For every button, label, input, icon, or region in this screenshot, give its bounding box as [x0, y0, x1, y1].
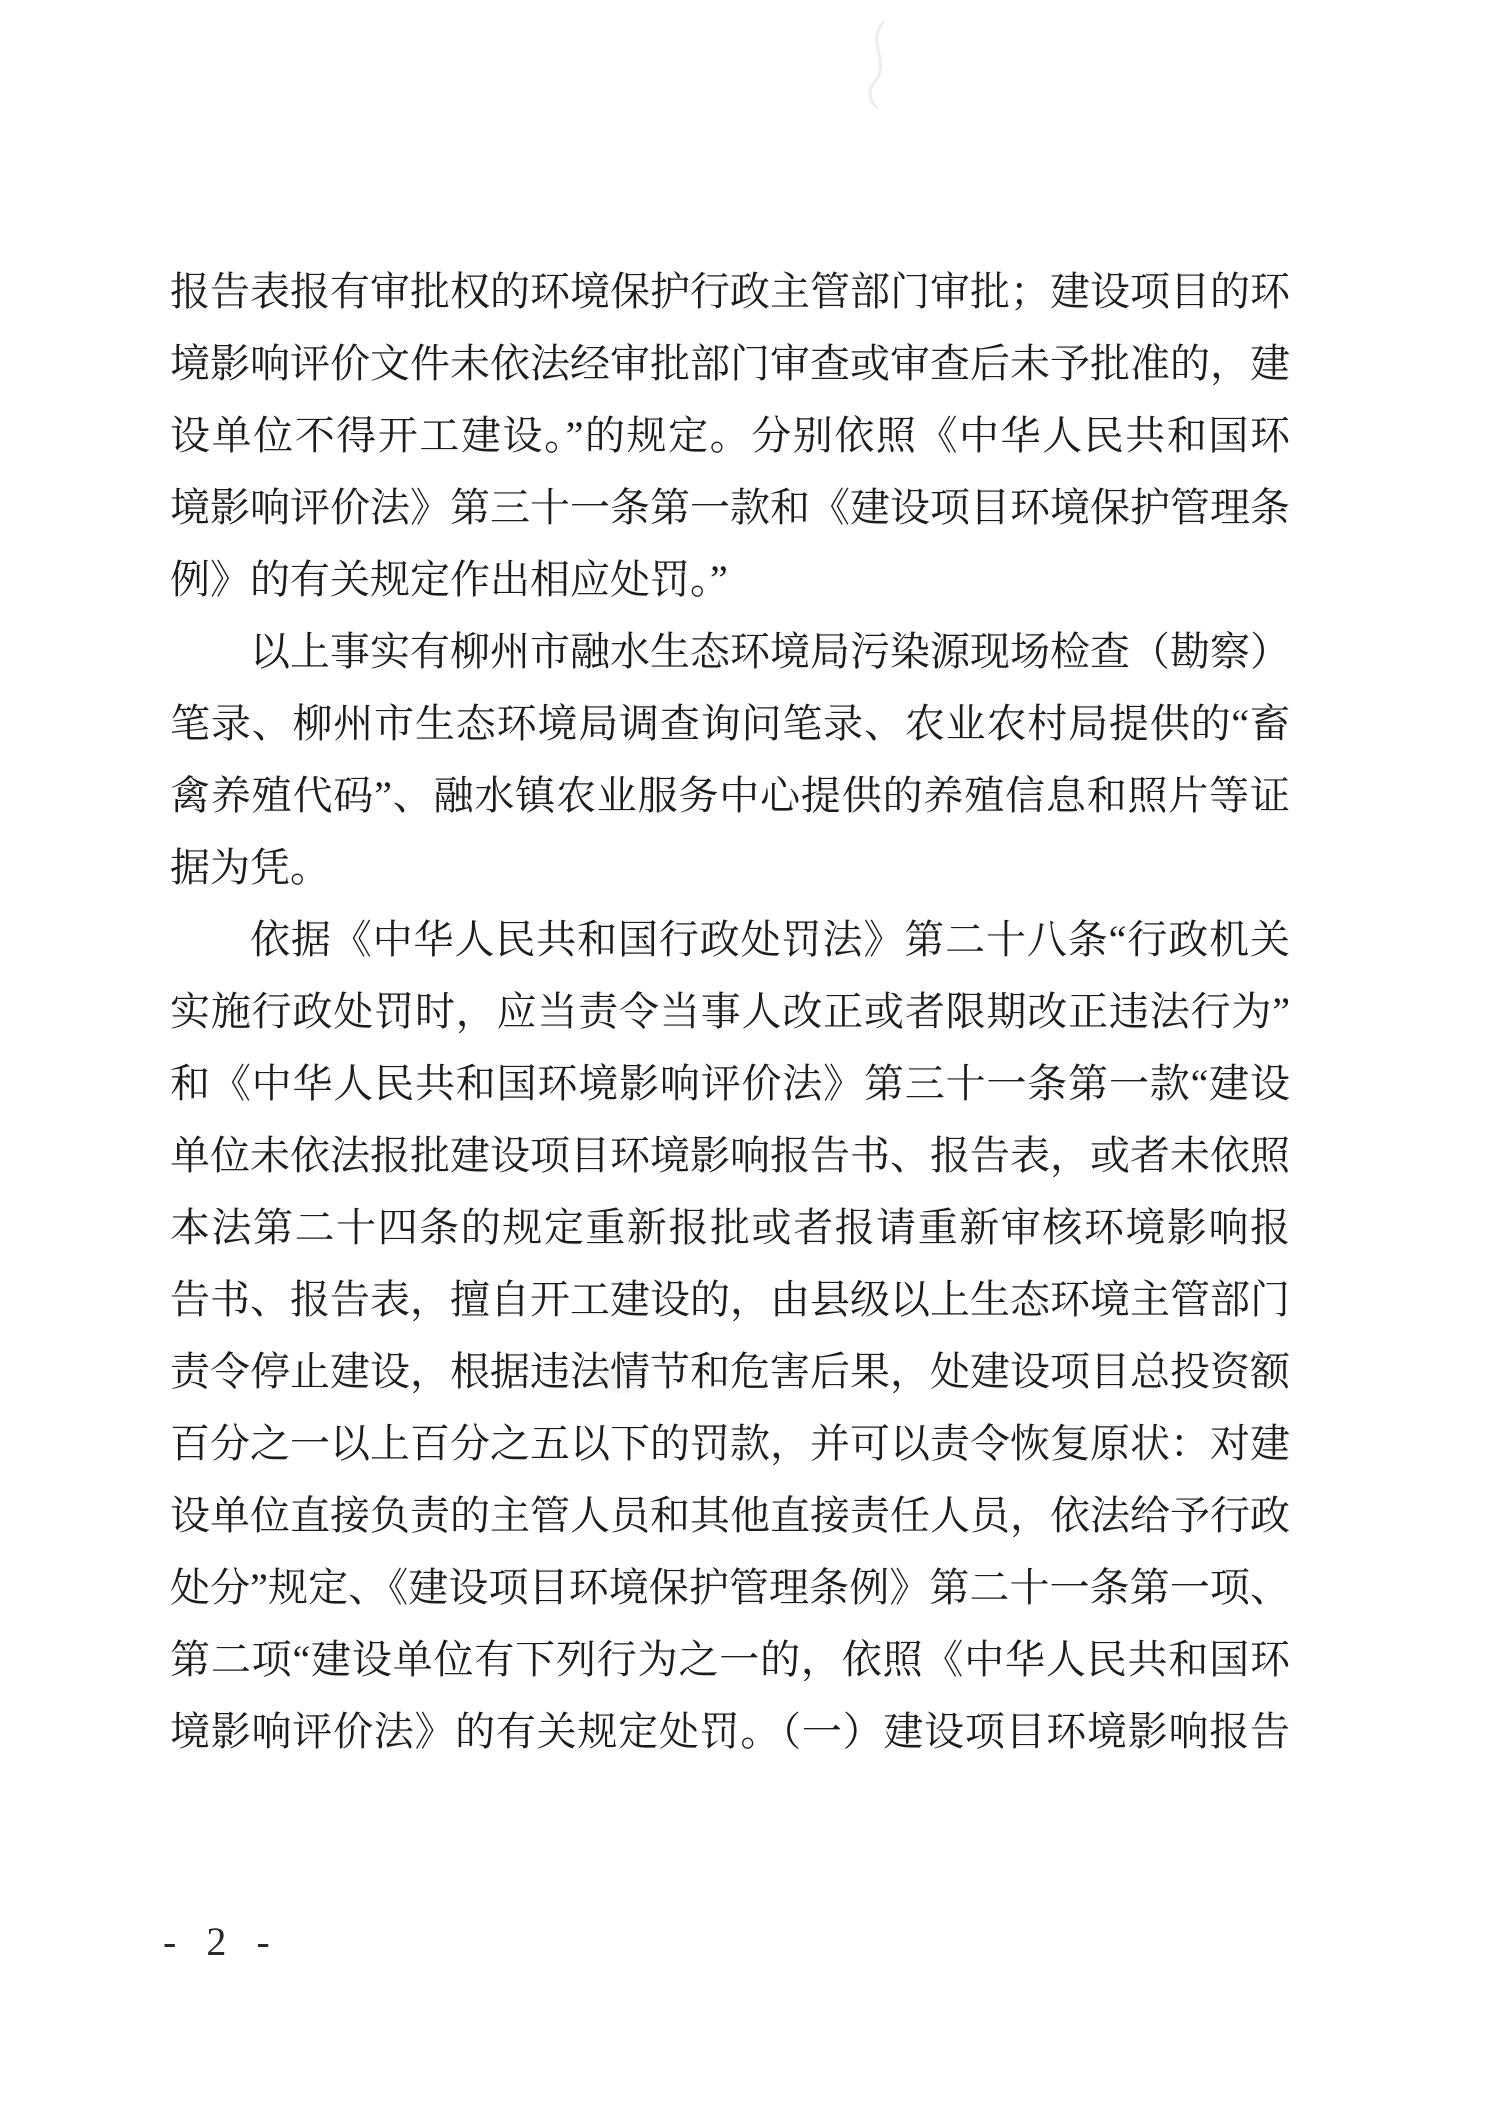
text-line: 依据《中华人民共和国行政处罚法》第二十八条“行政机关	[170, 904, 1290, 976]
text-line: 境影响评价法》第三十一条第一款和《建设项目环境保护管理条	[170, 472, 1290, 544]
text-line: 禽养殖代码”、融水镇农业服务中心提供的养殖信息和照片等证	[170, 760, 1290, 832]
text-line: 责令停止建设，根据违法情节和危害后果，处建设项目总投资额	[170, 1336, 1290, 1408]
text-line: 第二项“建设单位有下列行为之一的，依照《中华人民共和国环	[170, 1624, 1290, 1696]
text-line: 报告表报有审批权的环境保护行政主管部门审批；建设项目的环	[170, 256, 1290, 328]
text-line: 设单位直接负责的主管人员和其他直接责任人员，依法给予行政	[170, 1480, 1290, 1552]
document-body: 报告表报有审批权的环境保护行政主管部门审批；建设项目的环 境影响评价文件未依法经…	[170, 256, 1290, 1768]
text-line: 和《中华人民共和国环境影响评价法》第三十一条第一款“建设	[170, 1048, 1290, 1120]
text-line: 实施行政处罚时，应当责令当事人改正或者限期改正违法行为”	[170, 976, 1290, 1048]
text-line: 以上事实有柳州市融水生态环境局污染源现场检查（勘察）	[170, 616, 1290, 688]
scan-artifact-curve	[855, 18, 905, 110]
text-line: 本法第二十四条的规定重新报批或者报请重新审核环境影响报	[170, 1192, 1290, 1264]
text-line: 例》的有关规定作出相应处罚。”	[170, 544, 1290, 616]
text-line: 笔录、柳州市生态环境局调查询问笔录、农业农村局提供的“畜	[170, 688, 1290, 760]
text-line: 单位未依法报批建设项目环境影响报告书、报告表，或者未依照	[170, 1120, 1290, 1192]
text-line: 境影响评价文件未依法经审批部门审查或审查后未予批准的，建	[170, 328, 1290, 400]
text-line: 处分”规定、《建设项目环境保护管理条例》第二十一条第一项、	[170, 1552, 1290, 1624]
text-line: 告书、报告表，擅自开工建设的，由县级以上生态环境主管部门	[170, 1264, 1290, 1336]
text-line: 百分之一以上百分之五以下的罚款，并可以责令恢复原状：对建	[170, 1408, 1290, 1480]
text-line: 据为凭。	[170, 832, 1290, 904]
text-line: 境影响评价法》的有关规定处罚。（一）建设项目环境影响报告	[170, 1696, 1290, 1768]
document-page: 报告表报有审批权的环境保护行政主管部门审批；建设项目的环 境影响评价文件未依法经…	[0, 0, 1487, 2102]
text-line: 设单位不得开工建设。”的规定。分别依照《中华人民共和国环	[170, 400, 1290, 472]
page-number: - 2 -	[163, 1920, 273, 1964]
